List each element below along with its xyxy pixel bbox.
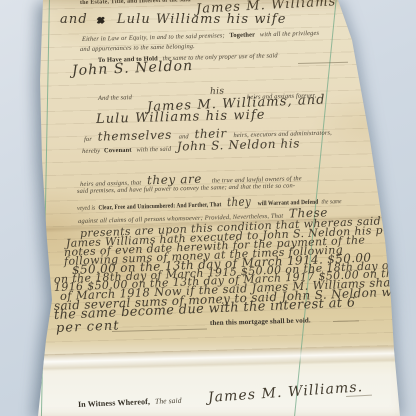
condition-line: 1916 $50.00 on the 13th day of March 191… (54, 265, 416, 293)
condition-line: presents are upon this condition that wh… (80, 215, 381, 239)
blank-fill-line (298, 62, 348, 64)
equity-clause-line2: and appurtenances to the same belonging. (80, 43, 195, 53)
premises-clause: said premises, and have full power to co… (77, 182, 295, 195)
printed-text: the same to the only proper use of the s… (162, 52, 277, 62)
habendum-clause: To Have and to Hold the same to the only… (98, 52, 278, 64)
handwritten-text: 1916 $50.00 on the 13th day of March 191… (54, 264, 416, 294)
condition-line: following sums of money at the times fol… (64, 244, 343, 267)
handwritten-text: presents are upon this condition that wh… (80, 214, 381, 240)
condition-line: notes of even date herewith for the paym… (64, 234, 366, 258)
covenant-for-clause: for themselves and their heirs, executor… (84, 125, 332, 144)
printed-text: veyed is (77, 205, 95, 212)
condition-line: $50.00 on the 13th day of March 1914. $5… (72, 251, 372, 276)
witness-signature-handwritten: James M. Williams. (208, 380, 364, 405)
handwritten-text: per cent (56, 318, 120, 336)
handwritten-text: they are (147, 172, 202, 187)
document-paper: the Estate, Title, and Interest of the s… (0, 0, 416, 416)
printed-text: Either in Law or Equity, in and to the s… (82, 32, 225, 43)
printed-bold-text: will Warrant and Defend (258, 199, 319, 208)
handwritten-text: Lulu Williams his wife (117, 12, 287, 27)
handwritten-text: James M. Williams. (207, 379, 363, 406)
grantors-written-line1: James M. Williams, and (147, 94, 326, 114)
printed-text: the Estate, Title, and Interest of the s… (80, 0, 191, 6)
printed-text: the same (321, 198, 341, 206)
heirs-forever-clause: heirs and assigns forever, (247, 92, 316, 101)
spouse-line-handwritten: and ✖ Lulu Williams his wife (60, 13, 287, 26)
condition-line: of March 1918 Now if the said James M. W… (60, 276, 416, 303)
handwritten-text: notes of even date herewith for the paym… (64, 233, 366, 259)
proviso-clause: against all claims of all persons whomso… (78, 206, 328, 225)
printed-text: the true and lawful owners of the (212, 175, 302, 184)
printed-text: for (84, 136, 92, 143)
printed-text: And the said (98, 94, 132, 102)
ink-blot-icon: ✖ (97, 16, 106, 26)
handwritten-text: following sums of money at the times fol… (64, 243, 344, 268)
hereby-covenant-clause: hereby Covenant with the said John S. Ne… (82, 137, 300, 155)
handwritten-text: said several sums of money to said John … (54, 284, 416, 313)
ledger-rule-lines (31, 0, 407, 359)
handwritten-text: their (194, 126, 227, 141)
printed-bold-text: Clear, Free and Unincumbered: And Furthe… (98, 201, 221, 211)
per-cent-handwritten: per cent (56, 319, 120, 335)
grantors-written-line2: Lulu Williams his wife (96, 109, 266, 126)
printed-text: heirs, executors and administrators, (233, 130, 332, 140)
document-paper-wrap: the Estate, Title, and Interest of the s… (0, 0, 416, 416)
handwritten-text: John S. Neldon (72, 58, 194, 79)
warrant-clause: veyed is Clear, Free and Unincumbered: A… (77, 193, 342, 212)
handwritten-text: John S. Neldon his (177, 136, 300, 153)
blank-fill-line (333, 320, 359, 322)
blank-fill-line (112, 329, 207, 332)
condition-line: James Williams hath executed to John S. … (66, 222, 416, 249)
printed-bold-text: Covenant (104, 147, 132, 155)
printed-text: and (179, 133, 189, 140)
condition-line: said several sums of money to said John … (54, 285, 416, 312)
grantee-name-handwritten: John S. Neldon (72, 59, 194, 78)
paper-fold (34, 346, 400, 372)
handwritten-text: These (289, 205, 328, 220)
handwritten-text: they (227, 194, 252, 209)
printed-bold-text: To Have and to Hold (98, 55, 158, 64)
printed-text: against all claims of all persons whomso… (78, 213, 283, 225)
witness-clause: In Witness Whereof, The said (78, 397, 182, 410)
handwritten-text: themselves (98, 128, 173, 144)
condition-line: on the 18th day of March 1915 $50.00 on … (54, 258, 416, 285)
and-the-said-clause: And the said (98, 94, 132, 102)
printed-text: heirs and assigns, that (80, 179, 141, 188)
printed-text: with all the privileges (260, 30, 319, 39)
printed-text: and appurtenances to the same belonging. (80, 43, 195, 53)
printed-text: then this mortgage shall be void. (210, 316, 311, 327)
handwritten-text: James M. Williams (196, 0, 337, 17)
handwritten-text: James Williams hath executed to John S. … (66, 221, 416, 250)
handwritten-text: James M. Williams, and (147, 93, 326, 115)
photo-background: the Estate, Title, and Interest of the s… (0, 0, 416, 416)
printed-text: heirs and assigns forever, (247, 92, 316, 101)
printed-bold-text: Together (229, 31, 255, 39)
estate-interest-clause: the Estate, Title, and Interest of the s… (80, 0, 191, 6)
paper-crease (36, 214, 396, 234)
equity-clause-line1: Either in Law or Equity, in and to the s… (82, 30, 319, 43)
printed-text: said premises, and have full power to co… (77, 182, 295, 195)
grantor-name-handwritten: James M. Williams (196, 0, 337, 16)
handwritten-text: Lulu Williams his wife (96, 108, 266, 127)
condition-line: the same become due with the interest at… (54, 296, 356, 322)
printed-text: with the said (136, 146, 171, 154)
owners-clause: heirs and assigns, that they are the tru… (80, 170, 302, 188)
handwritten-text: $50.00 on the 13th day of March 1914. $5… (72, 250, 372, 277)
handwritten-text: the same become due with the interest at… (54, 295, 356, 323)
left-margin-line (41, 0, 50, 416)
handwritten-text: of March 1918 Now if the said James M. W… (60, 274, 416, 303)
his-interlined-handwritten: his (210, 87, 225, 97)
right-margin-line (294, 0, 337, 416)
blank-fill-line (346, 395, 372, 397)
printed-bold-text: In Witness Whereof, (78, 397, 150, 409)
handwritten-text: his (210, 86, 225, 97)
printed-text: hereby (82, 148, 100, 155)
void-clause: then this mortgage shall be void. (210, 317, 311, 327)
printed-text: The said (155, 396, 182, 406)
handwritten-text: and (60, 12, 88, 27)
handwritten-text: on the 18th day of March 1915 $50.00 on … (54, 257, 416, 286)
